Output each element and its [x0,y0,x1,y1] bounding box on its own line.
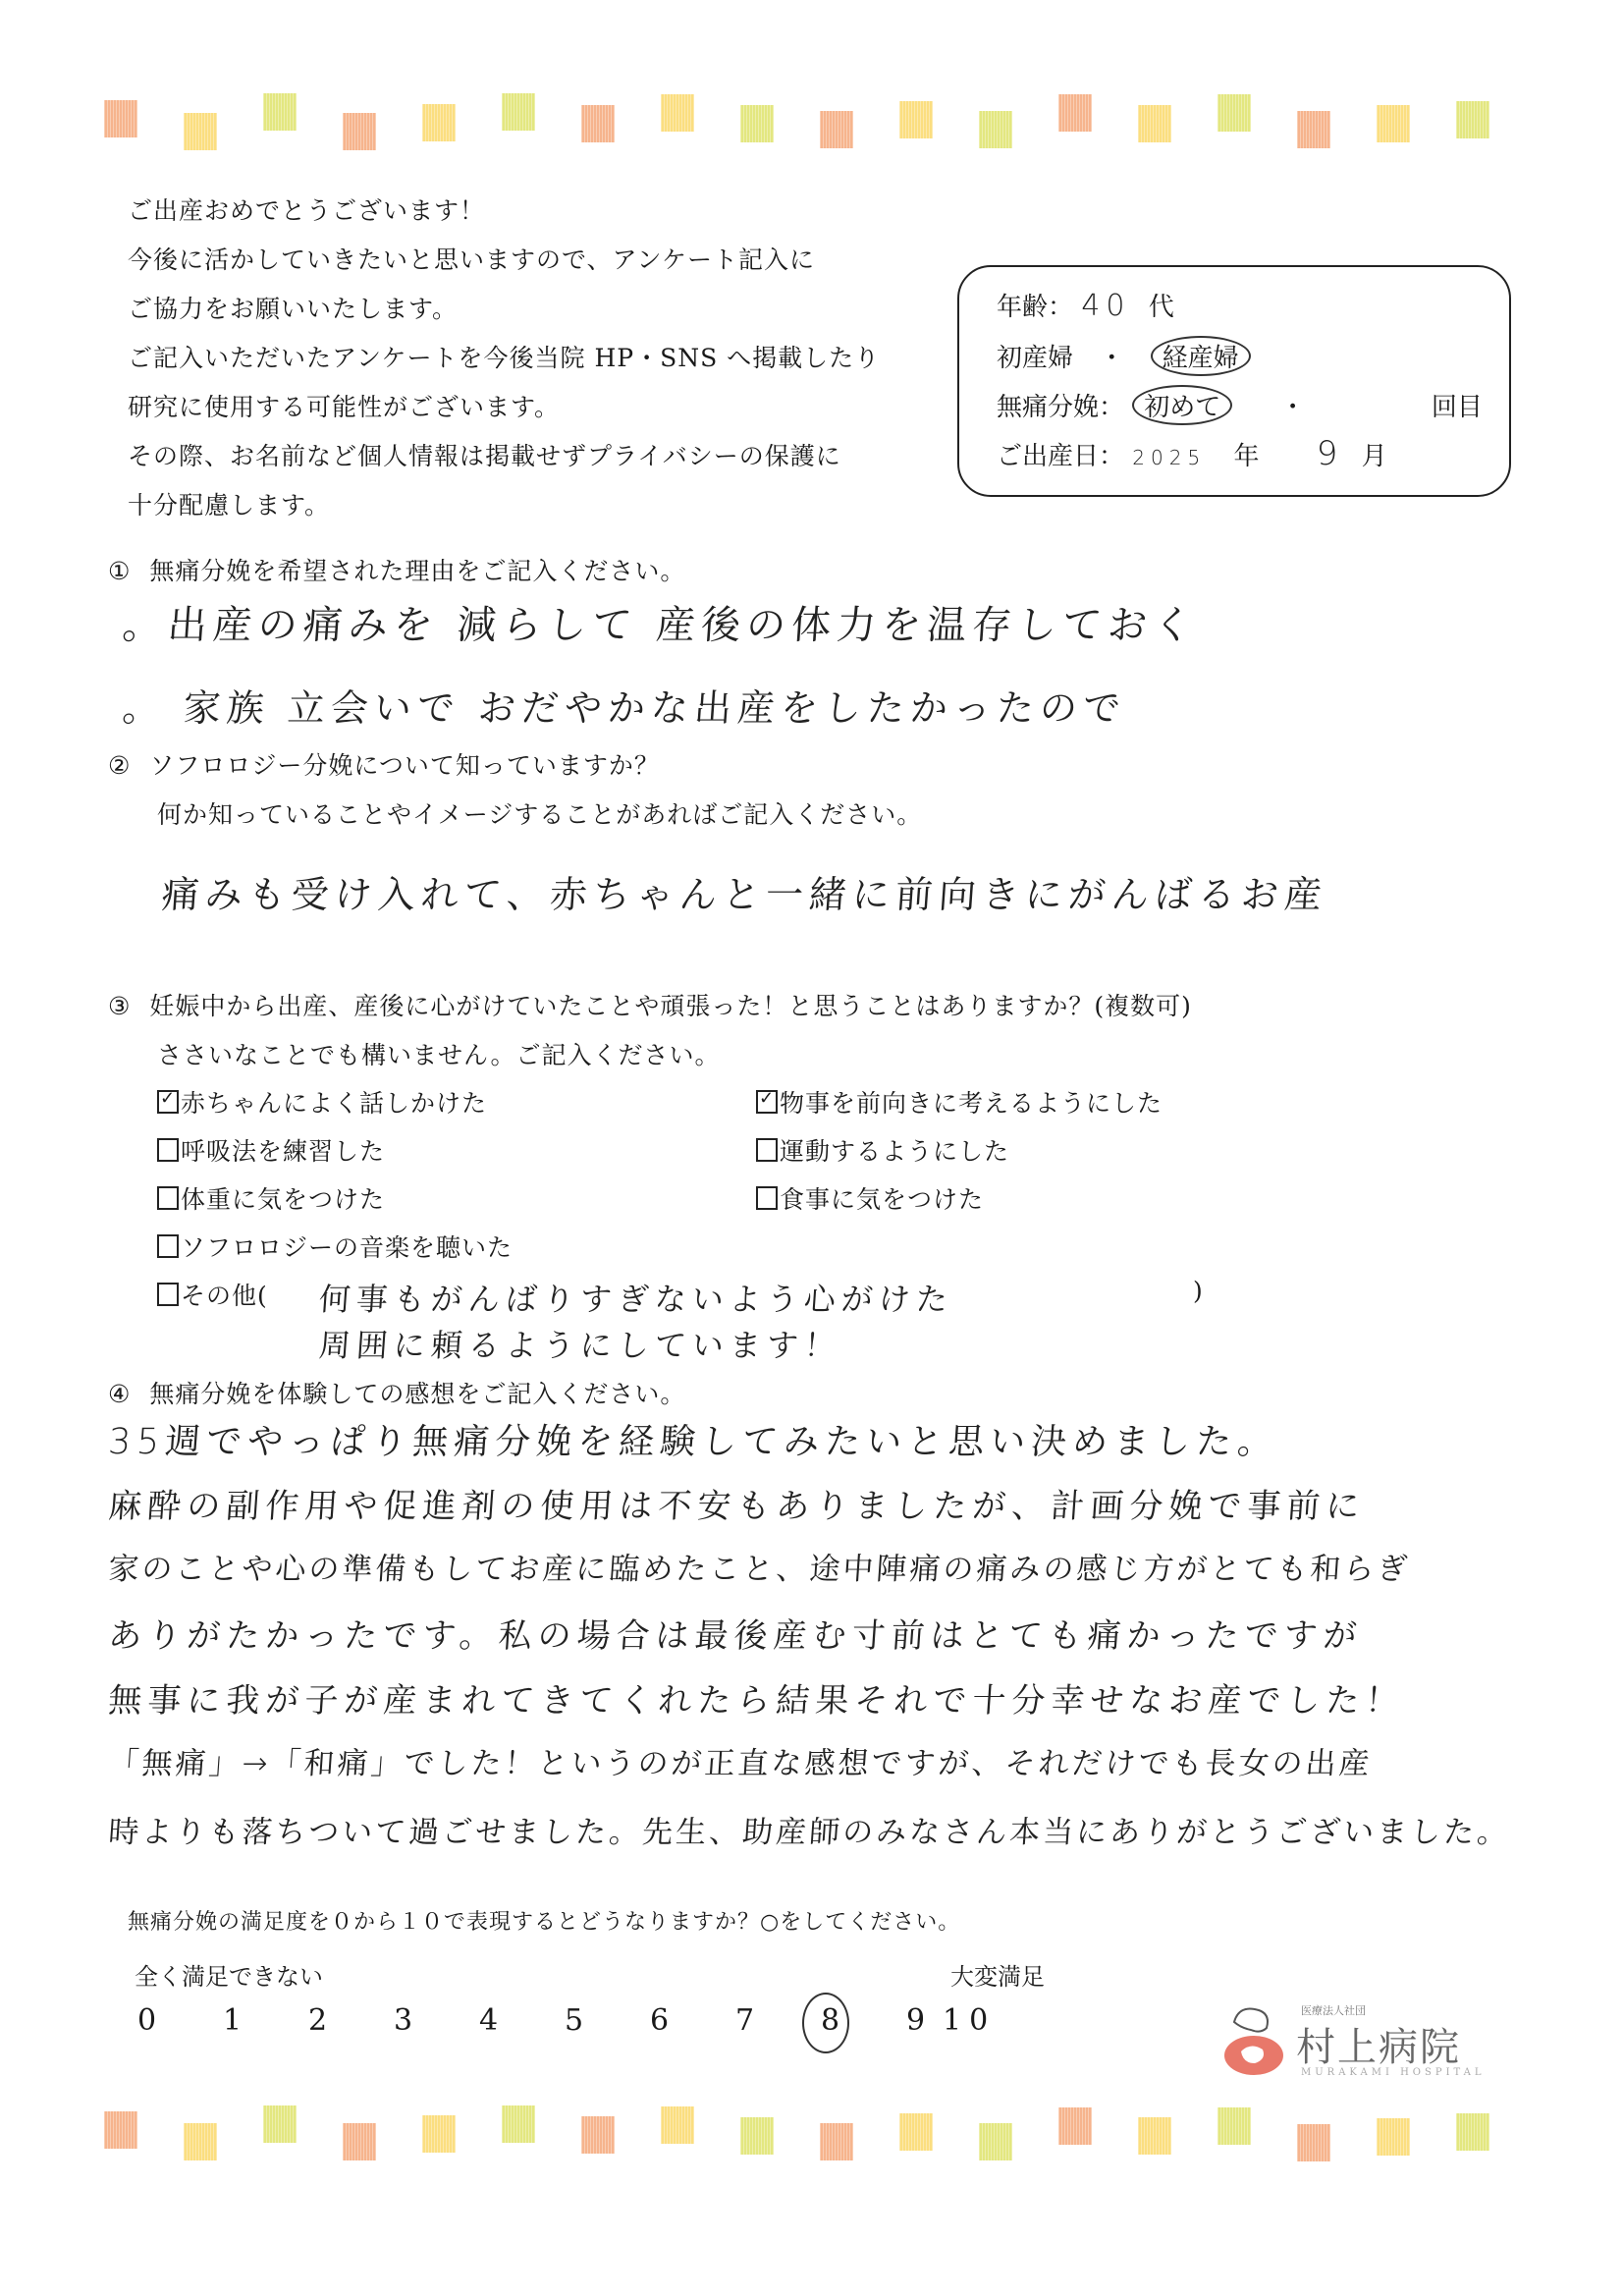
score-option-3[interactable]: 3 [394,2003,412,2038]
epidural-separator: ・ [1280,393,1306,422]
score-option-1[interactable]: 1 [223,2003,242,2038]
parity-separator: ・ [1099,344,1124,373]
intro-line: ご協力をお願いいたします。 [128,285,880,334]
parity-option-primipara[interactable]: 初産婦 [997,344,1073,373]
intro-line: ご出産おめでとうございます！ [128,187,880,236]
checkbox-checked[interactable] [157,1090,179,1114]
q2-question: ② ソフロロジー分娩について知っていますか？ [108,746,660,782]
checkbox[interactable] [157,1234,179,1258]
option-label: 体重に気をつけた [181,1185,385,1214]
deco-swatch [820,111,853,148]
deco-swatch [502,93,535,131]
satisfaction-low-label: 全く満足できない [135,1957,323,1992]
score-option-4[interactable]: 4 [479,2003,498,2038]
q3-other-text-1[interactable]: 何事もがんばりすぎないよう心がけた [317,1275,954,1320]
deco-swatch [1058,94,1092,132]
score-option-10[interactable]: 10 [943,2003,996,2038]
option-label: 物事を前向きに考えるようにした [780,1089,1163,1118]
age-suffix: 代 [1149,293,1174,322]
deco-swatch [343,2123,376,2160]
top-decoration-strip-swatches [0,79,1623,187]
deco-swatch [263,2105,297,2143]
q3-option-sophrology-music[interactable]: ソフロロジーの音楽を聴いた [157,1229,513,1264]
deco-swatch [263,93,297,131]
q3-other-close-paren: ) [1193,1277,1204,1305]
q2-answer[interactable]: 痛みも受け入れて、赤ちゃんと一緒に前向きにがんばるお産 [160,864,1329,918]
deco-swatch [581,105,615,142]
q4-text: 無痛分娩を体験しての感想をご記入ください。 [149,1380,685,1408]
option-label: その他( [181,1282,268,1310]
q1-question: ① 無痛分娩を希望された理由をご記入ください。 [108,552,685,587]
deco-swatch [1058,2107,1092,2145]
q4-answer-line: 「無痛」→「和痛」でした！というのが正直な感想ですが、それだけでも長女の出産 [106,1738,1513,1807]
deco-swatch [104,100,137,137]
q3-option-weight[interactable]: 体重に気をつけた [157,1180,385,1216]
q4-answer-line: 35週でやっぱり無痛分娩を経験してみたいと思い決めました。 [106,1414,1512,1479]
option-label: 赤ちゃんによく話しかけた [181,1089,487,1118]
option-label: ソフロロジーの音楽を聴いた [181,1233,513,1262]
deco-swatch [104,2111,137,2149]
deco-swatch [1138,105,1171,142]
checkbox[interactable] [157,1283,179,1306]
q4-answer[interactable]: 35週でやっぱり無痛分娩を経験してみたいと思い決めました。 麻酔の副作用や促進剤… [108,1414,1510,1872]
deco-swatch [899,2113,933,2151]
parity-row: 初産婦 ・ 経産婦 [997,336,1251,376]
checkbox-checked[interactable] [756,1090,778,1114]
satisfaction-high-label: 大変満足 [950,1957,1045,1992]
deco-swatch [979,2123,1012,2160]
deco-swatch [979,111,1012,148]
score-option-0[interactable]: 0 [137,2003,156,2038]
age-label: 年齢： [997,293,1073,322]
deco-swatch [820,2123,853,2160]
intro-line: ご記入いただいたアンケートを今後当院 HP・SNS へ掲載したり [128,334,880,383]
q1-answer-1[interactable]: 。出産の痛みを 減らして 産後の体力を温存しておく [121,594,1200,650]
deco-swatch [1297,2124,1330,2161]
birth-year-value[interactable]: 2025 [1132,446,1206,469]
q3-option-diet[interactable]: 食事に気をつけた [756,1180,984,1216]
q3-option-think-positively[interactable]: 物事を前向きに考えるようにした [756,1084,1163,1120]
epidural-label: 無痛分娩： [997,393,1124,422]
month-suffix: 月 [1362,442,1387,471]
deco-swatch [1217,94,1251,132]
q3-other-text-2[interactable]: 周囲に頼るようにしています！ [317,1321,842,1366]
q4-answer-line: 麻酔の副作用や促進剤の使用は不安もありましたが、計画分娩で事前に [106,1479,1512,1544]
q1-answer-2[interactable]: 。 家族 立会いで おだやかな出産をしたかったので [121,678,1128,732]
deco-swatch [581,2116,615,2154]
deco-swatch [899,101,933,138]
parity-option-multipara-selected[interactable]: 経産婦 [1151,336,1251,376]
selected-score-circle [802,1993,849,2053]
deco-swatch [184,2123,217,2160]
intro-line: 研究に使用する可能性がございます。 [128,383,880,432]
deco-swatch [1138,2117,1171,2155]
mother-baby-logo-icon [1219,2000,1288,2079]
intro-line: その際、お名前など個人情報は掲載せずプライバシーの保護に [128,432,880,481]
score-option-9[interactable]: 9 [906,2003,925,2038]
deco-swatch [1297,111,1330,148]
deco-swatch [422,104,456,141]
q3-text: 妊娠中から出産、産後に心がけていたことや頑張った！と思うことはありますか？(複数… [149,992,1192,1020]
age-row: 年齢： 40 代 [997,287,1174,323]
q4-answer-line: 時よりも落ちついて過ごせました。先生、助産師のみなさん本当にありがとうございまし… [106,1807,1512,1872]
epidural-count-suffix: 回目 [1432,393,1483,422]
q3-option-breathing[interactable]: 呼吸法を練習した [157,1132,385,1168]
epidural-option-first-selected[interactable]: 初めて [1132,385,1232,425]
score-option-5[interactable]: 5 [565,2003,583,2038]
q3-subtext: ささいなことでも構いません。ご記入ください。 [157,1036,721,1071]
q3-option-talk-to-baby[interactable]: 赤ちゃんによく話しかけた [157,1084,487,1120]
deco-swatch [502,2105,535,2143]
deco-swatch [1456,101,1489,138]
deco-swatch [740,2117,774,2155]
deco-swatch [1377,2118,1410,2156]
age-value[interactable]: 40 [1081,289,1130,323]
deco-swatch [740,105,774,142]
q3-number: ③ [108,992,131,1020]
option-label: 運動するようにした [780,1137,1009,1166]
deco-swatch [422,2115,456,2153]
option-label: 呼吸法を練習した [181,1137,385,1166]
intro-line: 今後に活かしていきたいと思いますので、アンケート記入に [128,236,880,285]
q1-text: 無痛分娩を希望された理由をご記入ください。 [149,557,685,585]
deco-swatch [343,113,376,150]
checkbox[interactable] [756,1186,778,1210]
q2-number: ② [108,751,131,780]
deco-swatch [661,94,694,132]
checkbox[interactable] [157,1186,179,1210]
q3-option-other[interactable]: その他( [157,1277,268,1312]
score-option-6[interactable]: 6 [650,2003,669,2038]
year-suffix: 年 [1233,442,1259,471]
epidural-row: 無痛分娩： 初めて ・ 回目 [997,385,1483,425]
deco-swatch [661,2106,694,2144]
logo-english: MURAKAMI HOSPITAL [1301,2067,1486,2078]
birth-month-value[interactable]: 9 [1317,434,1344,473]
checkbox[interactable] [157,1138,179,1162]
checkbox[interactable] [756,1138,778,1162]
birth-date-row: ご出産日： 2025 年 9 月 [997,434,1387,473]
intro-text: ご出産おめでとうございます！ 今後に活かしていきたいと思いますので、アンケート記… [128,187,880,530]
score-option-7[interactable]: 7 [735,2003,754,2038]
q3-question: ③ 妊娠中から出産、産後に心がけていたことや頑張った！と思うことはありますか？(… [108,987,1192,1022]
q2-text: ソフロロジー分娩について知っていますか？ [149,751,660,780]
q4-question: ④ 無痛分娩を体験しての感想をご記入ください。 [108,1375,685,1410]
birth-date-label: ご出産日： [997,442,1124,471]
option-label: 食事に気をつけた [780,1185,984,1214]
score-option-2[interactable]: 2 [308,2003,327,2038]
q2-subtext: 何か知っていることやイメージすることがあればご記入ください。 [157,795,922,831]
satisfaction-question: 無痛分娩の満足度を０から１０で表現するとどうなりますか？○をしてください。 [128,1905,960,1936]
q4-answer-line: 家のことや心の準備もしてお産に臨めたこと、途中陣痛の痛みの感じ方がとても和らぎ [106,1544,1512,1609]
logo-name: 村上病院 [1296,2016,1461,2072]
bottom-decoration-strip-swatches [0,2082,1623,2190]
intro-line: 十分配慮します。 [128,481,880,530]
q3-option-exercise[interactable]: 運動するようにした [756,1132,1009,1168]
deco-swatch [1217,2107,1251,2145]
deco-swatch [1456,2113,1489,2151]
q1-number: ① [108,557,131,585]
q4-answer-line: ありがたかったです。私の場合は最後産む寸前はとても痛かったですが [106,1609,1512,1673]
deco-swatch [1377,105,1410,142]
deco-swatch [184,113,217,150]
q4-answer-line: 無事に我が子が産まれてきてくれたら結果それで十分幸せなお産でした！ [106,1673,1512,1738]
q4-number: ④ [108,1380,131,1408]
hospital-logo: 医療法人社団 村上病院 MURAKAMI HOSPITAL [1217,1989,1492,2087]
